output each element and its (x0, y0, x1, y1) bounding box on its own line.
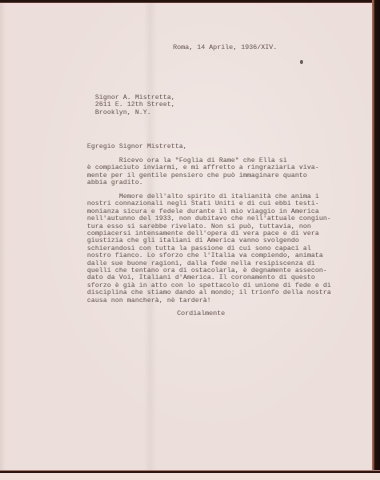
letter-salutation: Egregio Signor Mistretta, (87, 143, 187, 150)
photo-edge-bottom-paper (0, 473, 380, 480)
photo-edge-top (0, 0, 380, 3)
photo-edge-right (372, 0, 380, 480)
recipient-address: Signor A. Mistretta, 2611 E. 12th Street… (95, 94, 175, 116)
letter-photo: Roma, 14 Aprile, 1936/XIV. Signor A. Mis… (0, 0, 380, 480)
letter-dateline: Roma, 14 Aprile, 1936/XIV. (173, 44, 277, 51)
letter-closing: Cordialmente (177, 310, 225, 317)
letter-paragraph: Memore dell'alto spirito di italianità c… (87, 193, 331, 304)
letter-paragraph: Ricevo ora la "Foglia di Rame" che Ella … (87, 157, 319, 187)
ink-speck (300, 60, 303, 64)
